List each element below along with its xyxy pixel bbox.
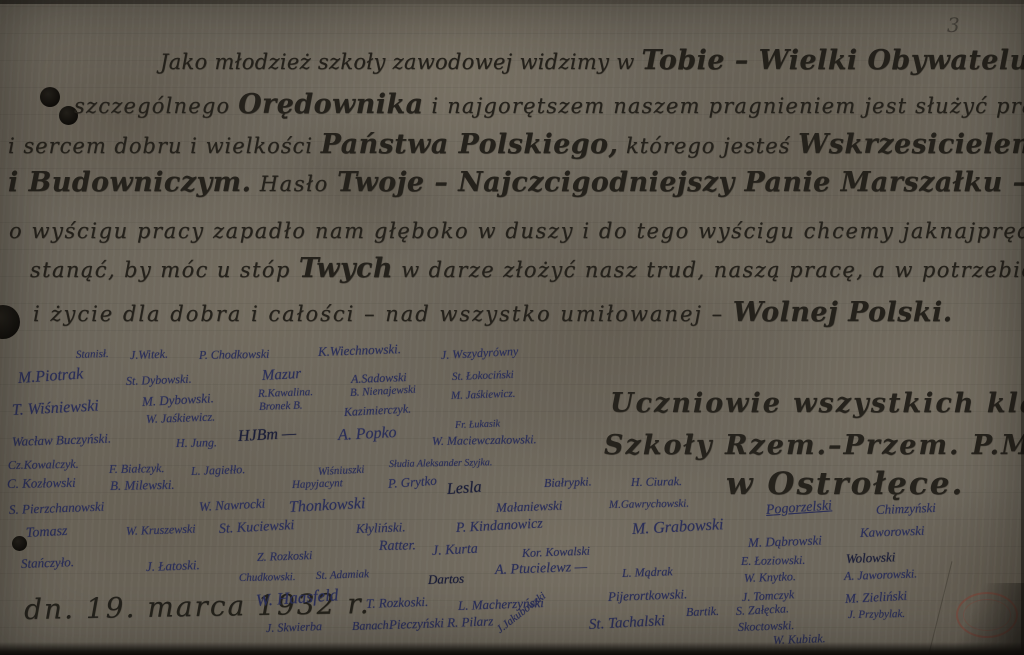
- signature: Stańczyło.: [21, 554, 75, 572]
- signature: S. Załęcka.: [736, 601, 790, 619]
- signature: B. Milewski.: [110, 477, 175, 494]
- signature: Bronek B.: [259, 399, 303, 413]
- letter-emphasis: Wskrzesicielem: [798, 129, 1024, 160]
- letter-text: i najgorętszem naszem pragnieniem jest s…: [424, 94, 1024, 118]
- signature: Białrypki.: [544, 474, 592, 491]
- signature: H. Jung.: [176, 435, 217, 451]
- signature: Stanisł.: [76, 348, 109, 361]
- signature: C. Kozłowski: [7, 475, 76, 492]
- signature: J.Witek.: [130, 347, 168, 363]
- sheet-edge-bottom-right: [894, 583, 1024, 655]
- letter-text: stanąć, by móc u stóp: [30, 258, 299, 282]
- signature: Pijerortkowski.: [608, 586, 688, 605]
- letter-text: w darze złożyć nasz trud, naszą pracę, a…: [393, 258, 1024, 282]
- punch-hole: [40, 87, 60, 107]
- signature: W. Knytko.: [744, 569, 796, 586]
- letter-line: Jako młodzież szkoły zawodowej widzimy w…: [160, 44, 1024, 79]
- signature: St. Kuciewski: [219, 518, 295, 538]
- letter-line: o wyścigu pracy zapadło nam głęboko w du…: [9, 214, 1024, 248]
- signature: Wacław Buczyński.: [12, 431, 112, 450]
- signature: Pieczyński R. Pilarz: [389, 613, 494, 633]
- letter-emphasis: Państwa Polskiego,: [321, 129, 619, 160]
- letter-text: i sercem dobru i wielkości: [8, 134, 321, 158]
- signature: HJBm —: [238, 425, 297, 446]
- signature: L. Mądrak: [622, 564, 673, 581]
- signature: Chudkowski.: [239, 571, 296, 584]
- signature: St. Dybowski.: [126, 372, 192, 389]
- signature: Hapyjacynt: [292, 477, 343, 491]
- sheet-edge-top: [0, 0, 1024, 4]
- signature: J. Skwierba: [266, 619, 322, 636]
- signature: L. Jagiełło.: [191, 462, 246, 479]
- signature: A. Jaworowski.: [844, 566, 918, 584]
- ink-blot: [0, 305, 20, 339]
- signature: H. Ciurak.: [631, 474, 682, 490]
- signature: Kor. Kowalski: [522, 544, 590, 561]
- closing-line-city: w Ostrołęce.: [726, 466, 964, 502]
- signature: W. Jaśkiewicz.: [146, 410, 216, 427]
- signature: W. Maciewczakowski.: [432, 432, 537, 449]
- signature: St. Łokociński: [452, 369, 514, 383]
- letter-emphasis: Twych: [299, 253, 393, 284]
- signature: Małaniewski: [496, 498, 563, 516]
- signature: Wiśniuszki: [318, 464, 365, 478]
- signature: St. Adamiak: [316, 568, 369, 582]
- letter-emphasis: i Budowniczym.: [8, 167, 251, 198]
- signature: Kłyliński.: [356, 519, 406, 537]
- punch-hole: [12, 536, 27, 551]
- letter-line: i życie dla dobra i całości – nad wszyst…: [33, 296, 953, 331]
- signature: W. Kruszewski: [126, 522, 196, 539]
- signature: Bartik.: [686, 604, 720, 620]
- signature: Ratter.: [379, 538, 416, 555]
- signature: Thonkowski: [289, 495, 366, 517]
- signature: F. Białczyk.: [109, 461, 165, 477]
- signature: R.Kawalina.: [258, 386, 313, 400]
- signature: M. Grabowski: [632, 516, 724, 539]
- signature: S. Pierzchanowski: [9, 499, 105, 518]
- signature: P. Chodkowski: [199, 347, 270, 363]
- letter-line: szczególnego Orędownika i najgorętszem n…: [74, 88, 1024, 123]
- signature: Z. Rozkoski: [257, 548, 313, 565]
- signature: Tomasz: [26, 524, 68, 542]
- signature: Mazur: [262, 366, 302, 385]
- signature: E. Łoziowski.: [741, 553, 806, 569]
- signature: A. Popko: [338, 424, 398, 445]
- letter-emphasis: Wolnej Polski.: [733, 297, 953, 328]
- signature: Chimzyński: [876, 500, 936, 518]
- letter-text: i życie dla dobra i całości – nad wszyst…: [33, 302, 733, 326]
- letter-text: którego jesteś: [618, 134, 798, 158]
- signature: P. Grytko: [387, 473, 437, 492]
- signature: J. Łatoski.: [146, 557, 200, 575]
- letter-text: o wyścigu pracy zapadło nam głęboko w du…: [9, 219, 1024, 243]
- signature: Pogorzelski: [765, 498, 832, 519]
- scanned-document-page: 3 Jako młodzież szkoły zawodowej widzimy…: [0, 0, 1024, 655]
- letter-emphasis: Twoje – Najczcigodniejszy Panie Marszałk…: [337, 167, 1024, 198]
- signature: W. Nawrocki: [199, 496, 266, 515]
- letter-emphasis: Tobie – Wielki Obywatelu –: [642, 45, 1024, 76]
- letter-line: i Budowniczym. Hasło Twoje – Najczcigodn…: [8, 166, 1024, 201]
- letter-text: Jako młodzież szkoły zawodowej widzimy w: [160, 50, 642, 74]
- letter-line: stanąć, by móc u stóp Twych w darze złoż…: [30, 252, 1024, 287]
- signature: Wolowski: [846, 549, 896, 567]
- signature: J. Wszydyrówny: [441, 344, 519, 363]
- signature: M. Jaśkiewicz.: [451, 388, 516, 402]
- signature: T. Rozkoski.: [366, 594, 429, 612]
- page-number: 3: [947, 13, 961, 37]
- signature: A. Ptucielewz —: [495, 560, 588, 579]
- signature: Kazimierczyk.: [344, 401, 412, 419]
- signature: M. Dąbrowski: [748, 532, 822, 551]
- signature: Fr. Łukasik: [455, 418, 500, 431]
- signature: T. Wiśniewski: [12, 397, 100, 420]
- letter-text: Hasło: [251, 172, 337, 196]
- letter-text: szczególnego: [74, 94, 238, 118]
- signature: Cz.Kowalczyk.: [8, 457, 79, 473]
- sheet-edge-bottom: [0, 642, 1024, 655]
- signature: Dartos: [428, 571, 465, 588]
- signature: M. Dybowski.: [142, 390, 215, 410]
- closing-line-school: Szkoły Rzem.–Przem. P.M.S.: [604, 430, 1024, 461]
- letter-line: i sercem dobru i wielkości Państwa Polsk…: [8, 128, 1024, 163]
- signature: Kaworowski: [860, 523, 925, 541]
- signature: Banach: [352, 618, 389, 634]
- signature: M.Piotrak: [17, 365, 83, 388]
- signature: Lesla: [446, 479, 482, 499]
- signature: M.Gawrychowski.: [609, 498, 689, 511]
- signature: B. Nienajewski: [350, 384, 417, 399]
- letter-emphasis: Orędownika: [238, 89, 423, 120]
- signature: Słudia Aleksander Szyjka.: [389, 457, 493, 470]
- signature: J. Kurta: [432, 542, 479, 560]
- signature: K.Wiechnowski.: [318, 341, 402, 360]
- signature: St. Tachalski: [589, 613, 666, 634]
- signature: P. Kindanowicz: [456, 516, 544, 537]
- closing-line-students: Uczniowie wszystkich klas: [610, 388, 1024, 419]
